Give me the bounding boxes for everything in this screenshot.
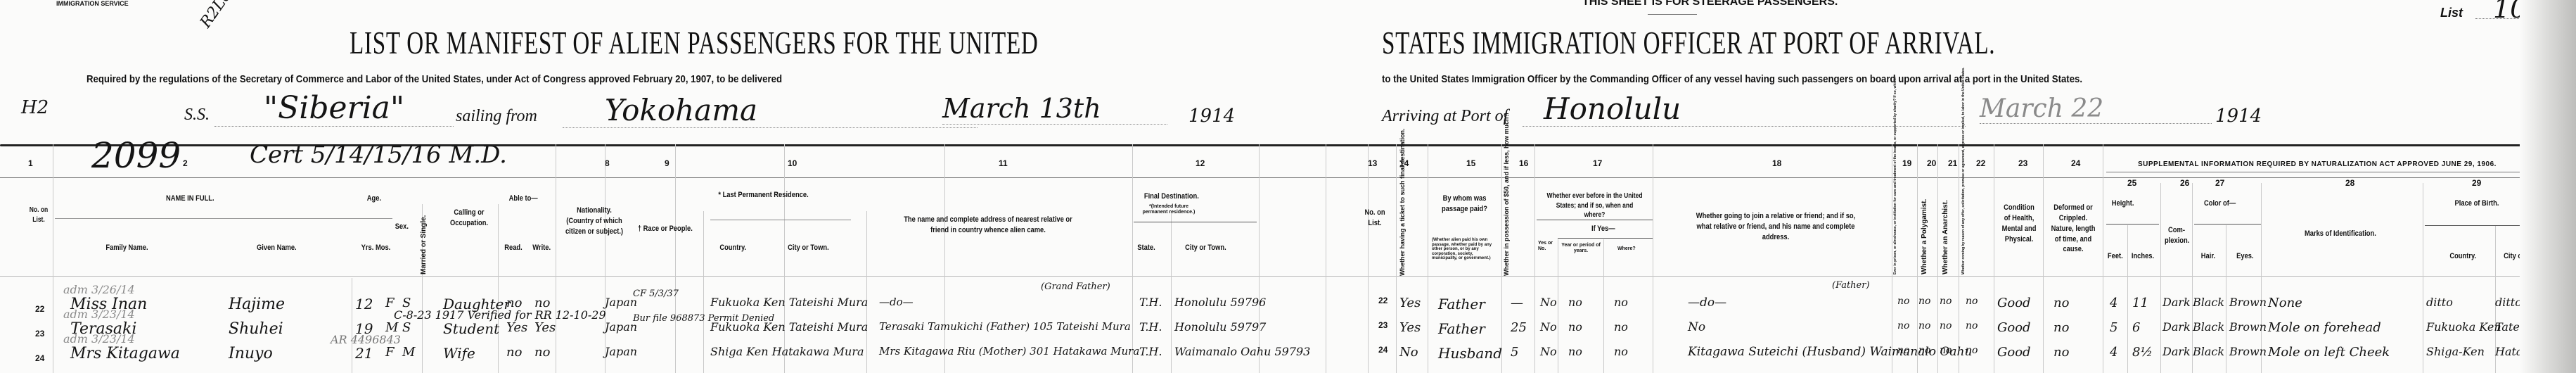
cell-residence-city: Fukuoka Ken Tateishi Mura (710, 320, 868, 334)
cell-where: no (1614, 345, 1628, 358)
cell-feet: 4 (2110, 296, 2117, 310)
file-number: 2099 (91, 135, 181, 176)
column-number: 16 (1519, 158, 1528, 168)
title-left: LIST OR MANIFEST OF ALIEN PASSENGERS FOR… (350, 24, 1039, 61)
hdr-nearest-relative: The name and complete address of nearest… (899, 215, 1078, 236)
hdr-going-to-join: Whether going to join a relative or frie… (1689, 211, 1863, 243)
hdr-place-of-birth: Place of Birth. (2455, 198, 2499, 209)
hdr-no-on-list: No. on List. (24, 206, 54, 225)
cell-no: 22 (35, 304, 44, 314)
cell-feet: 5 (2110, 320, 2117, 335)
cell-birth-country: Fukuoka Ken (2426, 320, 2501, 334)
arrival-port: Honolulu (1523, 91, 1966, 127)
cell-residence-city: Fukuoka Ken Tateishi Mura (710, 296, 868, 309)
hdr-prison: Ever in prison, or almshouse, or institu… (1894, 183, 1915, 274)
hdr-marks: Marks of Identification. (2305, 229, 2376, 239)
manifest-page: IMMIGRATION SERVICE THIS SHEET IS FOR ST… (0, 0, 2576, 373)
cell-list-no: 24 (1378, 345, 1388, 355)
cell-nationality: Japan (605, 345, 637, 358)
column-number: 11 (999, 158, 1008, 168)
column-number: 9 (665, 158, 669, 168)
column-number: 8 (605, 158, 610, 168)
column-number: 25 (2127, 178, 2136, 188)
hdr-given-name: Given Name. (257, 243, 297, 253)
cell-ticket: No (1399, 345, 1418, 360)
column-number: 23 (2018, 158, 2027, 168)
cell-year-period: no (1568, 320, 1582, 334)
hdr-married-single: Married or Single. (421, 204, 428, 274)
agency-label: IMMIGRATION SERVICE (56, 0, 129, 7)
cell-margin-note: adm 3/23/14 (63, 308, 135, 321)
departure-year: 1914 (1188, 106, 1235, 127)
cell-complexion: Dark (2162, 296, 2191, 309)
hdr-by-whom: By whom was passage paid? (1436, 194, 1493, 215)
hdr-birth-country: Country. (2449, 251, 2476, 262)
column-number: 26 (2180, 178, 2189, 188)
hdr-color-of: Color of— (2204, 198, 2236, 209)
sailing-from-label: sailing from (456, 107, 537, 126)
ss-label: S.S. (184, 106, 210, 125)
cell-contract: no (1966, 345, 1978, 356)
column-number: 24 (2071, 158, 2080, 168)
cell-list-no: 23 (1378, 320, 1388, 330)
column-number: 12 (1196, 158, 1205, 168)
column-number: 15 (1466, 158, 1475, 168)
cell-ever-before: No (1540, 296, 1557, 309)
hdr-hair: Hair. (2201, 251, 2215, 262)
cell-deformed: no (2053, 320, 2069, 335)
column-number: 2 (183, 158, 188, 168)
notice-underline (1648, 14, 1697, 15)
list-label: List (2440, 6, 2463, 20)
cell-given: Hajime (229, 296, 285, 313)
hdr-sex: Sex. (395, 222, 409, 232)
cell-occupation: Wife (443, 345, 475, 362)
column-number: 10 (788, 158, 797, 168)
hdr-ever-before: Whether ever before in the United States… (1545, 191, 1643, 220)
cell-prison: no (1897, 320, 1909, 331)
hdr-last-residence: * Last Permanent Residence. (718, 190, 808, 201)
hdr-feet: Feet. (2108, 251, 2123, 262)
cell-eyes: Brown (2229, 320, 2267, 334)
cell-complexion: Dark (2162, 320, 2191, 334)
header-bottom-rule (0, 276, 2532, 277)
cell-inches: 8½ (2132, 345, 2153, 360)
cell-birth-country: Shiga-Ken (2426, 345, 2485, 358)
supplemental-heading: SUPPLEMENTAL INFORMATION REQUIRED BY NAT… (2138, 160, 2497, 168)
cell-eyes: Brown (2229, 296, 2267, 309)
cell-health: Good (1997, 320, 2031, 335)
cell-contract: no (1966, 296, 1978, 307)
cell-money: 25 (1511, 320, 1527, 335)
column-number: 28 (2345, 178, 2354, 188)
hdr-if-yes: If Yes— (1591, 224, 1615, 234)
hdr-race: † Race or People. (638, 224, 693, 234)
cell-dest-city: Honolulu 59796 (1174, 296, 1266, 309)
departure-port: Yokohama (563, 93, 978, 128)
cell-hair: Black (2193, 320, 2224, 334)
column-number: 22 (1976, 158, 1985, 168)
column-number: 1 (28, 158, 33, 168)
cell-read: Yes (506, 320, 527, 335)
cell-age: 21 (355, 345, 373, 362)
cell-state: T.H. (1139, 345, 1162, 358)
column-number: 19 (1902, 158, 1911, 168)
cell-year-period: no (1568, 296, 1582, 309)
cell-relative-label: (Grand Father) (1041, 282, 1110, 292)
cell-paid-by: Father (1438, 320, 1485, 337)
cell-money: — (1511, 296, 1523, 310)
cell-anarchist: no (1940, 320, 1952, 331)
hdr-year-period: Year or period of years. (1560, 243, 1602, 253)
hdr-where: Where? (1617, 246, 1636, 252)
cell-race-note: CF 5/3/37 (633, 289, 679, 299)
cell-no: 24 (35, 353, 44, 363)
cell-feet: 4 (2110, 345, 2117, 360)
cell-margin-note: adm 3/23/14 (63, 332, 135, 346)
hdr-write: Write. (532, 243, 551, 253)
departure-date: March 13th (942, 93, 1167, 125)
cell-ticket: Yes (1399, 320, 1421, 335)
hdr-state: State. (1137, 243, 1155, 253)
hdr-final-destination-note: *(Intended future permanent residence.) (1141, 204, 1197, 215)
hdr-name-in-full: NAME IN FULL. (166, 194, 214, 204)
cell-ever-before: No (1540, 320, 1557, 334)
arriving-label: Arriving at Port of (1382, 107, 1508, 126)
hdr-residence-country: Country. (719, 243, 746, 253)
cell-sex: F (385, 345, 395, 360)
cell-ticket: Yes (1399, 296, 1421, 310)
cell-birth-country: ditto (2426, 296, 2453, 309)
cell-join-label: (Father) (1832, 280, 1870, 291)
hdr-polygamist: Whether a Polygamist. (1921, 190, 1929, 274)
cell-hair: Black (2193, 296, 2224, 309)
column-number: 13 (1368, 158, 1377, 168)
cell-dest-city: Waimanalo Oahu 59793 (1174, 345, 1310, 358)
column-number: 21 (1948, 158, 1957, 168)
subtitle-left: Required by the regulations of the Secre… (86, 73, 782, 85)
cell-hair: Black (2193, 345, 2224, 358)
cell-ever-before: No (1540, 345, 1557, 358)
cell-relative: —do— (879, 296, 914, 308)
cell-no: 23 (35, 329, 44, 339)
cell-marks: Mole on forehead (2268, 320, 2381, 335)
column-number: 18 (1772, 158, 1781, 168)
hdr-nationality: Nationality. (Country of which citizen o… (565, 206, 624, 237)
column-number-rule (0, 177, 2532, 178)
cell-given: Shuhei (229, 320, 283, 338)
hdr-contract: Whether coming by reason of any offer, s… (1962, 183, 1990, 274)
hdr-deformed: Deformed or Crippled. Nature, length of … (2049, 203, 2097, 255)
cell-eyes: Brown (2229, 345, 2267, 358)
cell-inches: 11 (2132, 296, 2148, 310)
cell-anarchist: no (1940, 345, 1952, 356)
hdr-condition: Condition of Health, Mental and Physical… (2001, 203, 2038, 244)
cell-read: no (506, 345, 522, 360)
hdr-ticket: Whether having a ticket to such final de… (1399, 184, 1406, 276)
cell-deformed: no (2053, 296, 2069, 310)
hdr-yrs-mos: Yrs. Mos. (361, 243, 391, 253)
hdr-height: Height. (2112, 198, 2134, 209)
cell-state: T.H. (1139, 320, 1162, 334)
hdr-age: Age. (367, 194, 381, 204)
hdr-read: Read. (504, 243, 522, 253)
cell-join: —do— (1688, 296, 1726, 310)
hdr-yes-no: Yes or No. (1538, 241, 1556, 251)
cell-polygamist: no (1918, 345, 1930, 356)
cell-relative: Mrs Kitagawa Riu (Mother) 301 Hatakawa M… (879, 345, 1139, 358)
cell-year-period: no (1568, 345, 1582, 358)
hdr-eyes: Eyes. (2236, 251, 2253, 262)
cell-age: 12 (355, 296, 373, 312)
cell-polygamist: no (1918, 296, 1930, 307)
title-right: STATES IMMIGRATION OFFICER AT PORT OF AR… (1382, 24, 1995, 61)
cell-inches: 6 (2132, 320, 2140, 335)
hdr-calling: Calling or Occupation. (448, 208, 490, 229)
cell-deformed: no (2053, 345, 2069, 360)
hdr-residence-city: City or Town. (788, 243, 829, 253)
hdr-final-destination: Final Destination. (1144, 191, 1199, 202)
column-number: 27 (2215, 178, 2224, 188)
cell-state: T.H. (1139, 296, 1162, 309)
cell-prison: no (1897, 345, 1909, 356)
hdr-inches: Inches. (2132, 251, 2154, 262)
margin-annotation-top: R2L6 3/2 3/12 (197, 0, 275, 31)
cell-marks: None (2268, 296, 2302, 310)
column-number: 20 (1927, 158, 1936, 168)
margin-annotation-left: H2 (21, 97, 49, 118)
cell-margin-note: adm 3/26/14 (63, 283, 135, 296)
cell-sex: F (385, 296, 395, 310)
hdr-no-on-list-2: No. on List. (1360, 208, 1390, 229)
ship-name: "Siberia" (214, 90, 454, 127)
cell-marital: S (402, 320, 411, 335)
cell-polygamist: no (1918, 320, 1930, 331)
subtitle-right: to the United States Immigration Officer… (1382, 73, 2082, 85)
cell-paid-by: Husband (1438, 345, 1502, 362)
cell-marital: M (402, 345, 415, 360)
cell-contract: no (1966, 320, 1978, 331)
steerage-notice: THIS SHEET IS FOR STEERAGE PASSENGERS. (1582, 0, 1838, 8)
cell-join: No (1688, 320, 1705, 334)
hdr-complexion: Com- plexion. (2165, 225, 2189, 246)
cell-paid-by: Father (1438, 296, 1485, 312)
column-number: 17 (1593, 158, 1602, 168)
cell-health: Good (1997, 345, 2031, 360)
cell-dest-city: Honolulu 59797 (1174, 320, 1266, 334)
cell-anarchist: no (1940, 296, 1952, 307)
cell-occupation: Student (443, 320, 499, 337)
cell-extra-note: AR 4496843 (331, 333, 401, 346)
cell-where: no (1614, 296, 1628, 309)
arrival-year: 1914 (2215, 106, 2262, 127)
cell-marks: Mole on left Cheek (2268, 345, 2390, 360)
hdr-family-name: Family Name. (105, 243, 148, 253)
cell-health: Good (1997, 296, 2031, 310)
cell-residence-city: Shiga Ken Hatakawa Mura (710, 345, 864, 358)
hdr-by-whom-note: (Whether alien paid his own passage, whe… (1432, 238, 1499, 261)
cell-given: Inuyo (229, 345, 273, 362)
column-number: 29 (2472, 178, 2481, 188)
certificate-note: Cert 5/14/15/16 M.D. (250, 141, 507, 169)
cell-extra-note: C-8-23 1917 Verified for RR 12-10-29 (394, 308, 606, 322)
cell-write: Yes (534, 320, 556, 335)
hdr-dest-city: City or Town. (1185, 243, 1226, 253)
hdr-able-to: Able to— (509, 194, 538, 204)
page-edge-shadow (2520, 0, 2576, 373)
cell-complexion: Dark (2162, 345, 2191, 358)
hdr-anarchist: Whether an Anarchist. (1942, 190, 1950, 274)
arrival-date: March 22 (1980, 94, 2212, 124)
cell-where: no (1614, 320, 1628, 334)
cell-write: no (534, 345, 550, 360)
cell-list-no: 22 (1378, 296, 1388, 305)
hdr-fifty-dollars: Whether in possession of $50, and if les… (1504, 184, 1510, 276)
cell-money: 5 (1511, 345, 1518, 360)
cell-birth-city: ditto (2495, 296, 2522, 309)
cell-family: Mrs Kitagawa (70, 345, 180, 362)
cell-prison: no (1897, 296, 1909, 307)
cell-relative: Terasaki Tamukichi (Father) 105 Tateishi… (879, 320, 1131, 333)
